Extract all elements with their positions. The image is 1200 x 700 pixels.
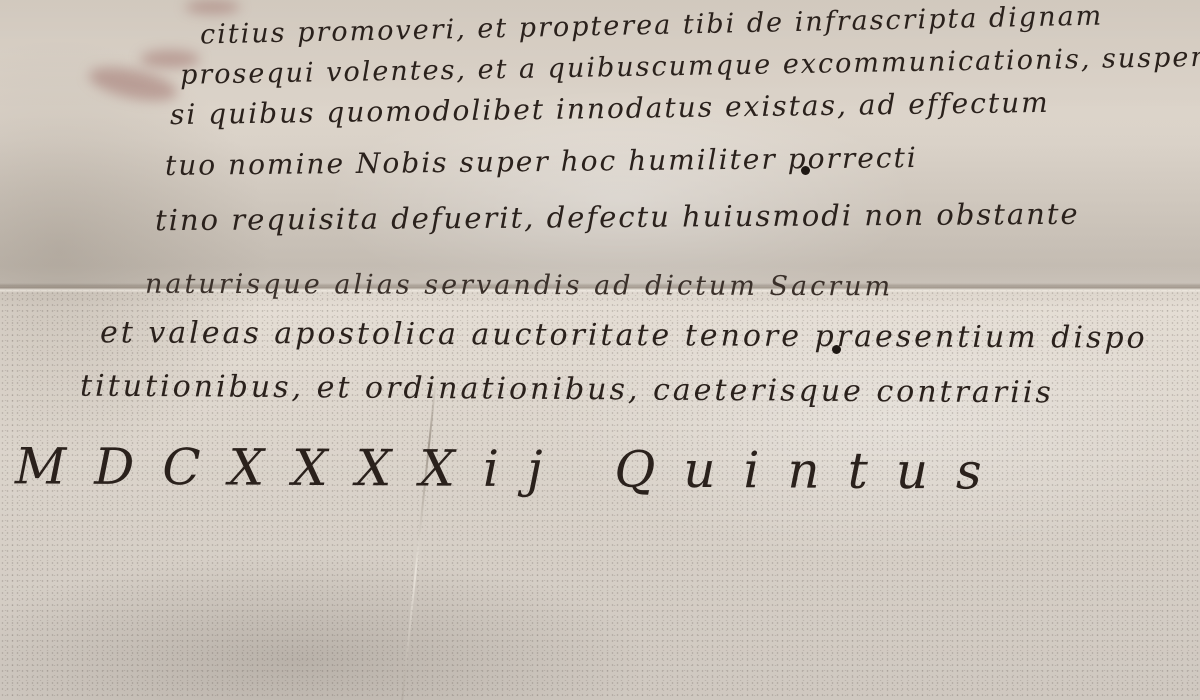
date-line: MDCXXXXij Quintus [15, 437, 1010, 500]
upper-shadow [0, 0, 1200, 286]
manuscript-line-6: naturisque alias servandis ad dictum Sac… [145, 269, 893, 303]
ink-stain [185, 0, 240, 14]
ink-dot [801, 166, 810, 175]
manuscript-line-8: titutionibus, et ordinationibus, caeteri… [80, 369, 1054, 411]
ink-dot [832, 345, 841, 354]
manuscript-line-5: tino requisita defuerit, defectu huiusmo… [155, 197, 1080, 237]
manuscript-line-7: et valeas apostolica auctoritate tenore … [100, 315, 1148, 355]
parchment-document: citius promoveri, et propterea tibi de i… [0, 0, 1200, 700]
